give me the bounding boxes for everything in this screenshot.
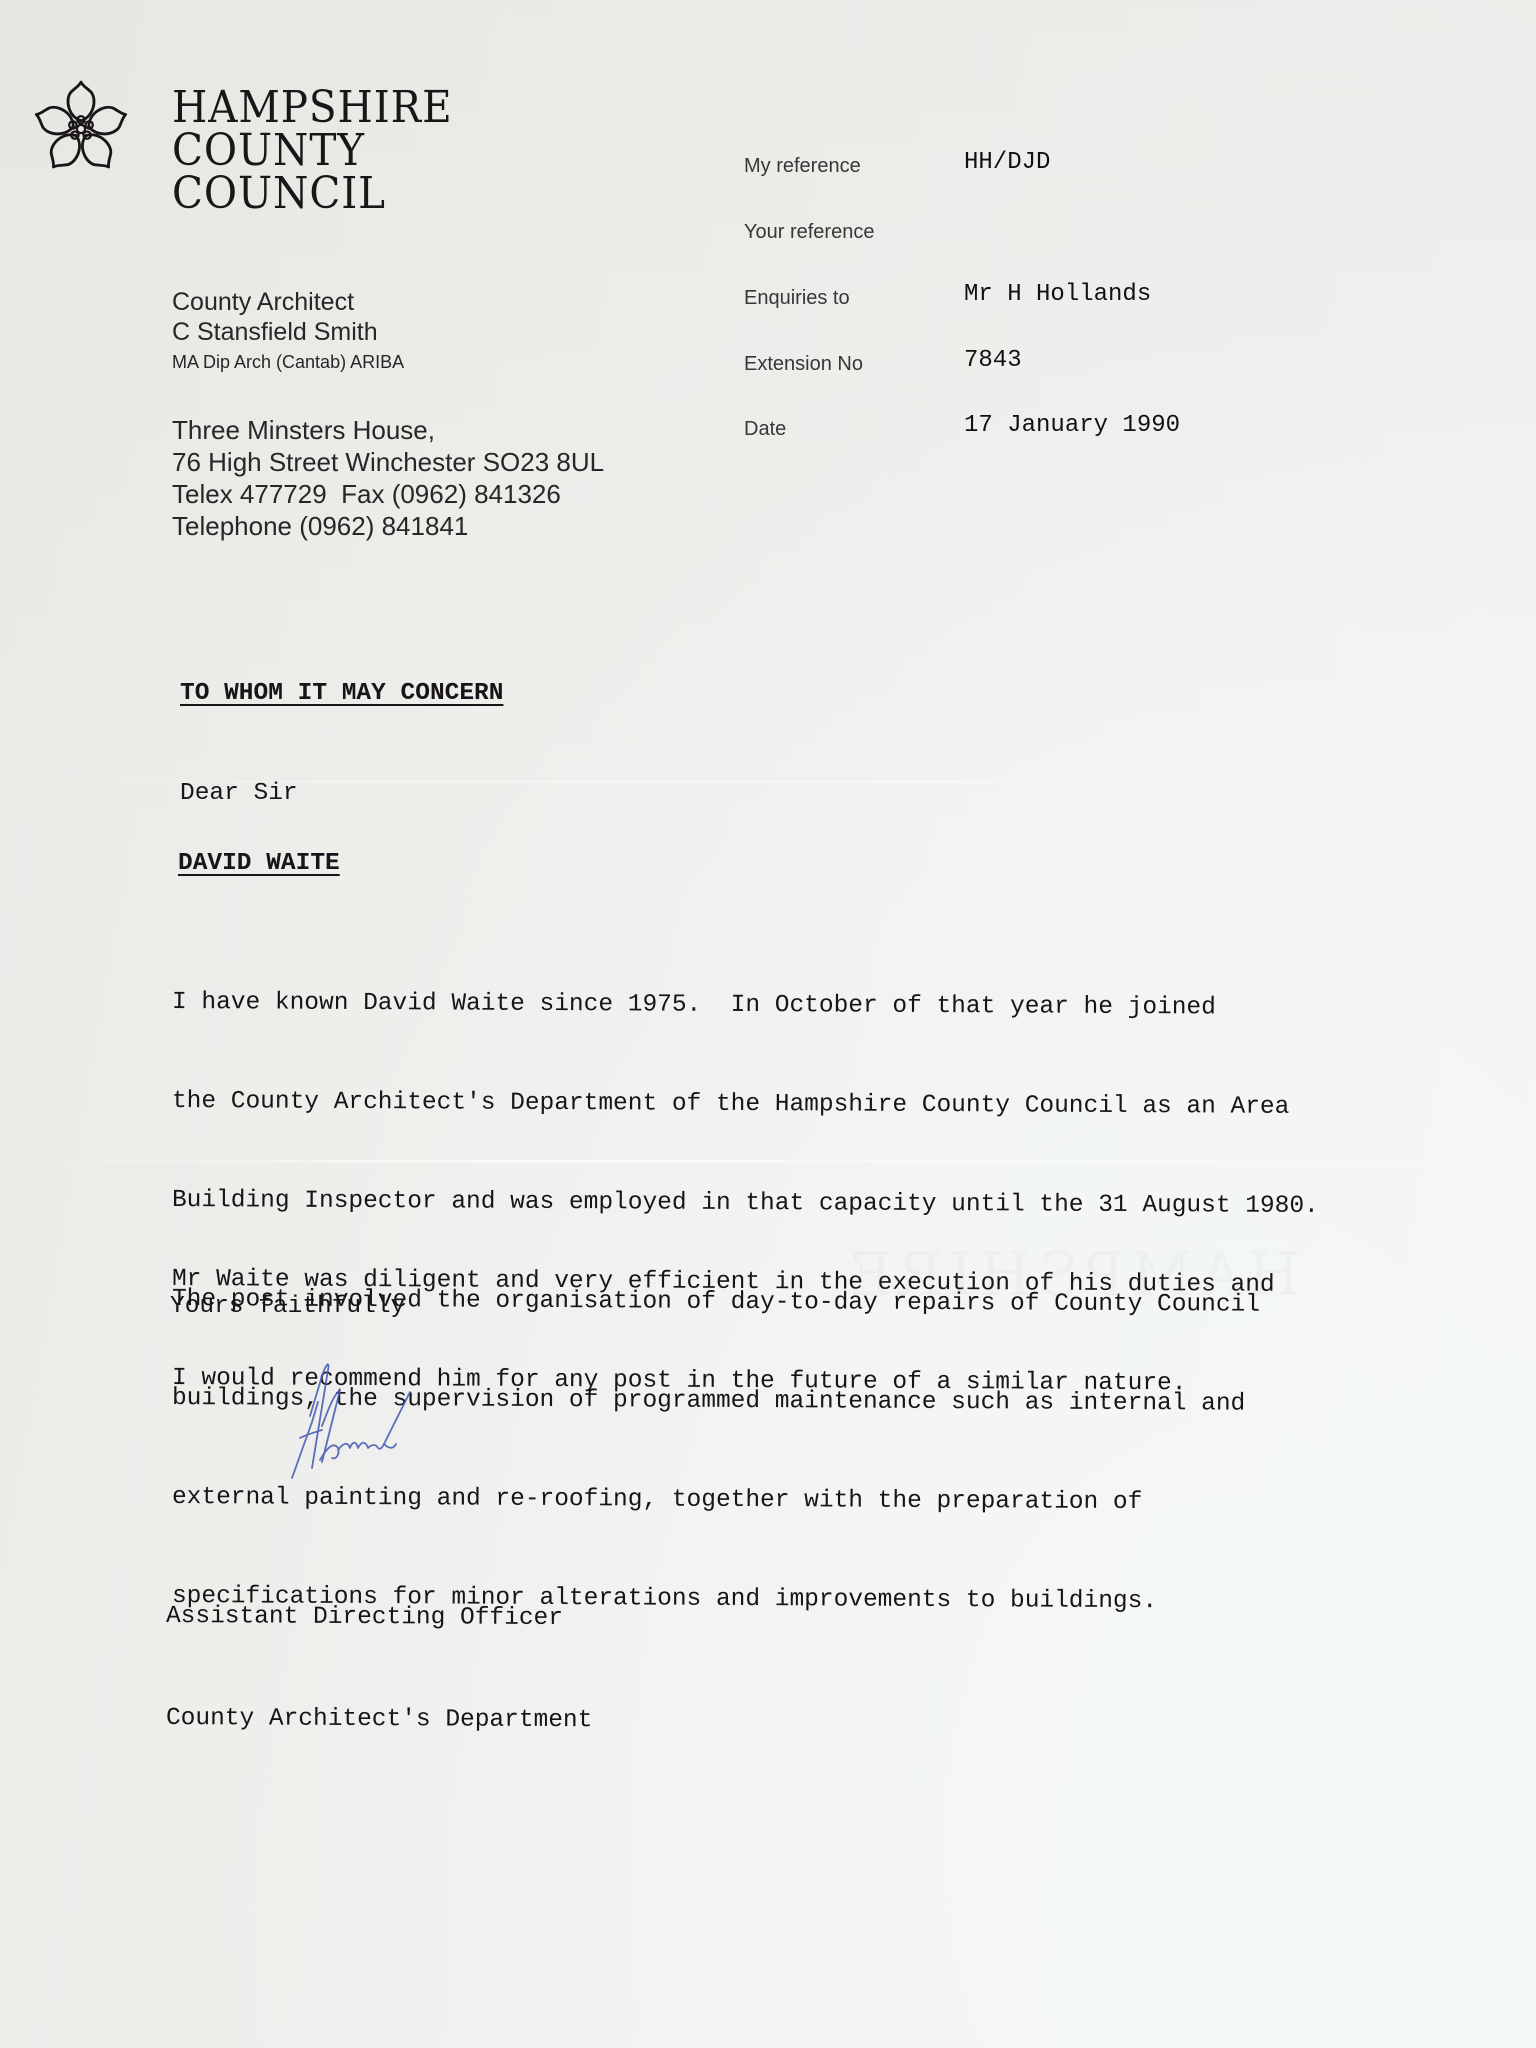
architect-name: C Stansfield Smith [172,317,404,347]
tudor-rose-icon [30,78,132,180]
department-title: County Architect [172,287,404,317]
reference-label: Date [744,418,786,441]
reference-label: Enquiries to [744,287,850,310]
org-name-line: COUNTY [172,129,453,172]
address-block: Three Minsters House, 76 High Street Win… [172,414,604,542]
org-name-line: COUNCIL [172,172,453,215]
reference-label: Your reference [744,221,874,244]
address-line: Telex 477729 Fax (0962) 841326 [172,478,604,510]
signoff-block: Assistant Directing Officer County Archi… [166,1532,592,1770]
architect-qualifications: MA Dip Arch (Cantab) ARIBA [172,347,404,377]
signatory-department: County Architect's Department [166,1702,593,1738]
address-line: Three Minsters House, [172,414,604,446]
signatory-title: Assistant Directing Officer [166,1600,593,1636]
org-name-line: HAMPSHIRE [172,86,453,129]
reference-value: 7843 [964,347,1022,374]
body-line: I have known David Waite since 1975. In … [172,986,1319,1025]
organisation-name: HAMPSHIRE COUNTY COUNCIL [172,86,453,215]
address-line: Telephone (0962) 841841 [172,510,604,542]
reference-value: HH/DJD [964,149,1050,176]
reference-value: 17 January 1990 [964,412,1180,439]
reference-label: My reference [744,155,861,178]
letter-heading: TO WHOM IT MAY CONCERN [180,680,503,707]
architect-block: County Architect C Stansfield Smith MA D… [172,287,404,377]
reference-value: Mr H Hollands [964,281,1151,308]
salutation: Dear Sir [180,780,298,807]
body-line: the County Architect's Department of the… [172,1085,1319,1124]
closing: Yours faithfully [170,1293,405,1320]
letter-subject: DAVID WAITE [178,850,340,877]
reference-label: Extension No [744,353,863,376]
handwritten-signature-icon [282,1350,442,1490]
address-line: 76 High Street Winchester SO23 8UL [172,446,604,478]
